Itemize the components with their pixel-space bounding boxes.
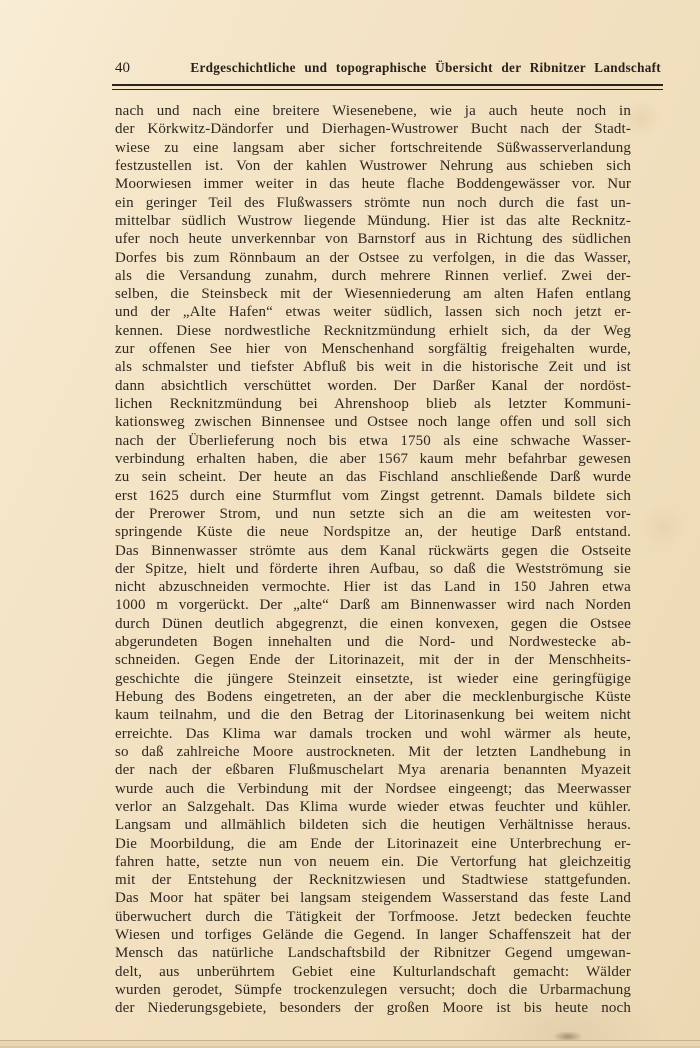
text-line: der Spitze, hielt und förderte ihren Auf…	[115, 560, 631, 578]
text-line: festzustellen ist. Von der kahlen Wustro…	[115, 157, 631, 175]
text-line: nach und nach eine breitere Wiesenebene,…	[115, 102, 631, 120]
text-line: wurde auch die Verbindung mit der Nordse…	[115, 780, 631, 798]
text-line: nach der Überlieferung noch bis etwa 175…	[115, 432, 631, 450]
text-line: durch Dünen deutlich abgegrenzt, die ein…	[115, 615, 631, 633]
text-line: als die Versandung zunahm, durch mehrere…	[115, 267, 631, 285]
page-bottom-edge	[0, 1040, 700, 1048]
text-line: ein geringer Teil des Flußwassers strömt…	[115, 194, 631, 212]
text-line: Mensch das natürliche Landschaftsbild de…	[115, 944, 631, 962]
text-line: selben, die Steinsbeck mit der Wiesennie…	[115, 285, 631, 303]
text-line: verlor an Salzgehalt. Das Klima wurde wi…	[115, 798, 631, 816]
text-line: zu sein scheint. Der heute an das Fischl…	[115, 468, 631, 486]
text-line: wiese zu eine langsam aber sicher fortsc…	[115, 139, 631, 157]
text-line: mit der Entstehung der Recknitzwiesen un…	[115, 871, 631, 889]
header-double-rule	[112, 84, 663, 90]
text-line: ufer noch heute unverkennbar von Barnsto…	[115, 230, 631, 248]
text-line: mittelbar südlich Wustrow liegende Mündu…	[115, 212, 631, 230]
text-line: dann absichtlich verschüttet worden. Der…	[115, 377, 631, 395]
text-line: geschichte die jüngere Steinzeit einsetz…	[115, 670, 631, 688]
text-line: springende Küste die neue Nordspitze an,…	[115, 523, 631, 541]
text-line: schneiden. Gegen Ende der Litorinazeit, …	[115, 651, 631, 669]
text-line: Das Moor hat später bei langsam steigend…	[115, 889, 631, 907]
text-line: Das Binnenwasser strömte aus dem Kanal r…	[115, 542, 631, 560]
text-line: delt, aus unberührtem Gebiet eine Kultur…	[115, 963, 631, 981]
text-line: überwuchert durch die Tätigkeit der Torf…	[115, 908, 631, 926]
text-line: kationsweg zwischen Binnensee und Ostsee…	[115, 413, 631, 431]
text-line: wurden gerodet, Sümpfe trockenzulegen ve…	[115, 981, 631, 999]
text-line: Die Moorbildung, die am Ende der Litorin…	[115, 835, 631, 853]
text-line: so daß zahlreiche Moore austrockneten. M…	[115, 743, 631, 761]
text-line: kaum teilnahm, und die den Betrag der Li…	[115, 706, 631, 724]
body-text: nach und nach eine breitere Wiesenebene,…	[115, 102, 631, 1018]
text-line: der nach der eßbaren Flußmuschelart Mya …	[115, 761, 631, 779]
text-line: Moorwiesen immer weiter in das heute fla…	[115, 175, 631, 193]
text-line: als schmalster und tiefster Abfluß bis w…	[115, 358, 631, 376]
text-line: der Prerower Strom, und nun setzte sich …	[115, 505, 631, 523]
text-line: lichen Recknitzmündung bei Ahrenshoop bl…	[115, 395, 631, 413]
text-line: und der „Alte Hafen“ etwas weiter südlic…	[115, 303, 631, 321]
text-line: Dorfes bis zum Rönnbaum an der Ostsee zu…	[115, 249, 631, 267]
book-page-scan: 40 Erdgeschichtliche und topographische …	[0, 0, 700, 1048]
text-line: verbindung erhalten haben, die aber 1567…	[115, 450, 631, 468]
text-line: erst 1625 durch eine Sturmflut vom Zings…	[115, 487, 631, 505]
text-line: abgerundeten Bogen innehalten und die No…	[115, 633, 631, 651]
text-line: zur offenen See hier von Menschenhand so…	[115, 340, 631, 358]
text-line: 1000 m vorgerückt. Der „alte“ Darß am Bi…	[115, 596, 631, 614]
page-header: 40 Erdgeschichtliche und topographische …	[112, 60, 663, 77]
text-line: Wiesen und torfiges Gelände die Gegend. …	[115, 926, 631, 944]
text-line: erreichte. Das Klima war damals trocken …	[115, 725, 631, 743]
text-line: der Niederungsgebiete, besonders der gro…	[115, 999, 631, 1017]
text-line: Hebung des Bodens eingetreten, an der ab…	[115, 688, 631, 706]
text-line: fahren hatte, setzte nun von neuem ein. …	[115, 853, 631, 871]
text-line: der Körkwitz-Dändorfer und Dierhagen-Wus…	[115, 120, 631, 138]
text-line: Langsam und allmählich bildeten sich die…	[115, 816, 631, 834]
page-number: 40	[112, 60, 130, 77]
text-line: kennen. Diese nordwestliche Recknitzmünd…	[115, 322, 631, 340]
running-header-title: Erdgeschichtliche und topographische Übe…	[130, 60, 663, 76]
text-line: nicht abzuschneiden vermochte. Hier ist …	[115, 578, 631, 596]
